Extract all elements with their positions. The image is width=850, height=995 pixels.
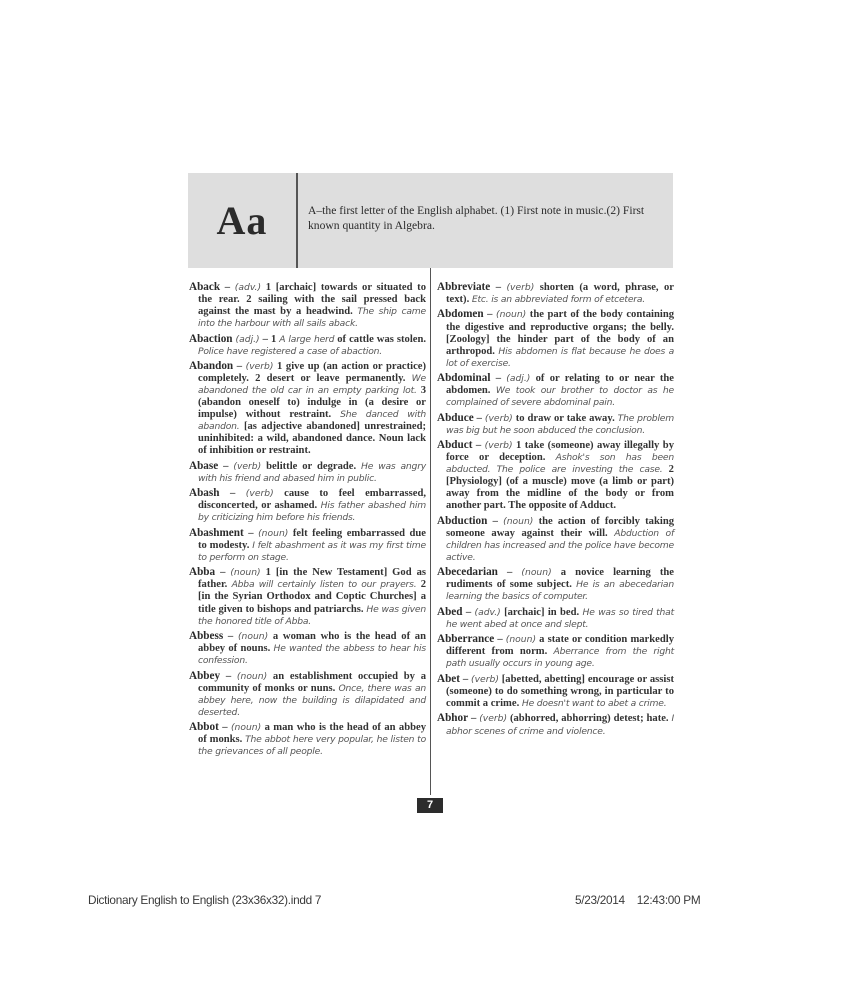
example-sentence: Police have registered a case of abactio…: [198, 346, 382, 357]
dictionary-entry: Abecedarian – (noun) a novice learning t…: [437, 566, 674, 603]
definition-text: – 1: [260, 334, 280, 345]
part-of-speech: (noun): [237, 671, 267, 682]
column-divider: [430, 268, 431, 795]
headword: Abbey: [189, 670, 220, 682]
dictionary-entry: Abhor – (verb) (abhorred, abhorring) det…: [437, 712, 674, 737]
definition-text: to draw or take away.: [513, 413, 618, 424]
part-of-speech: (noun): [230, 567, 260, 578]
dictionary-entry: Abbot – (noun) a man who is the head of …: [189, 721, 426, 758]
header-divider: [296, 173, 298, 268]
separator: –: [498, 567, 522, 578]
headword: Abbot: [189, 721, 219, 733]
part-of-speech: (verb): [506, 282, 534, 293]
dictionary-entry: Abed – (adv.) [archaic] in bed. He was s…: [437, 606, 674, 631]
part-of-speech: (noun): [231, 722, 261, 733]
part-of-speech: (noun): [503, 516, 533, 527]
dictionary-entry: Abash – (verb) cause to feel embarrassed…: [189, 487, 426, 524]
separator: –: [468, 713, 479, 724]
page-number: 7: [417, 798, 443, 813]
part-of-speech: (verb): [485, 413, 513, 424]
part-of-speech: (verb): [246, 361, 274, 372]
example-sentence: A large herd: [279, 334, 334, 345]
left-column: Aback – (adv.) 1 [archaic] towards or si…: [189, 281, 426, 761]
headword: Abase: [189, 460, 218, 472]
separator: –: [218, 461, 233, 472]
headword: Abduction: [437, 515, 487, 527]
dictionary-entry: Abduction – (noun) the action of forcibl…: [437, 515, 674, 564]
separator: –: [490, 373, 506, 384]
footer-time: 12:43:00 PM: [637, 893, 701, 907]
letter-description: A–the first letter of the English alphab…: [308, 203, 658, 233]
definition-text: [archaic] in bed.: [501, 607, 583, 618]
part-of-speech: (adj.): [506, 373, 530, 384]
separator: –: [244, 528, 258, 539]
dictionary-entry: Abet – (verb) [abetted, abetting] encour…: [437, 673, 674, 710]
part-of-speech: (verb): [485, 440, 513, 451]
definition-text: (abhorred, abhorring) detest; hate.: [507, 713, 671, 724]
headword: Abbess: [189, 630, 223, 642]
separator: –: [223, 631, 238, 642]
dictionary-entry: Aback – (adv.) 1 [archaic] towards or si…: [189, 281, 426, 330]
part-of-speech: (noun): [258, 528, 288, 539]
footer-timestamp: 5/23/201412:43:00 PM: [575, 893, 700, 907]
headword: Abash: [189, 487, 219, 499]
dictionary-entry: Abba – (noun) 1 [in the New Testament] G…: [189, 566, 426, 627]
example-sentence: Etc. is an abbreviated form of etcetera.: [472, 294, 645, 305]
headword: Abandon: [189, 360, 233, 372]
headword: Abashment: [189, 527, 244, 539]
part-of-speech: (verb): [233, 461, 261, 472]
dictionary-entry: Abduce – (verb) to draw or take away. Th…: [437, 412, 674, 437]
separator: –: [460, 674, 471, 685]
dictionary-entry: Abashment – (noun) felt feeling embarras…: [189, 527, 426, 564]
separator: –: [233, 361, 245, 372]
headword: Abaction: [189, 333, 233, 345]
dictionary-entry: Abaction (adj.) – 1 A large herd of catt…: [189, 333, 426, 358]
headword: Aback: [189, 281, 220, 293]
separator: –: [487, 516, 503, 527]
separator: –: [219, 488, 245, 499]
headword: Abdomen: [437, 308, 484, 320]
headword: Abecedarian: [437, 566, 498, 578]
dictionary-entry: Abase – (verb) belittle or degrade. He w…: [189, 460, 426, 485]
separator: –: [494, 634, 506, 645]
part-of-speech: (adj.): [236, 334, 260, 345]
dictionary-entry: Abbey – (noun) an establishment occupied…: [189, 670, 426, 719]
part-of-speech: (adv.): [235, 282, 261, 293]
dictionary-entry: Abbreviate – (verb) shorten (a word, phr…: [437, 281, 674, 306]
part-of-speech: (noun): [506, 634, 536, 645]
part-of-speech: (noun): [496, 309, 526, 320]
dictionary-entry: Abbess – (noun) a woman who is the head …: [189, 630, 426, 667]
separator: –: [215, 567, 230, 578]
headword: Abduce: [437, 412, 474, 424]
part-of-speech: (verb): [246, 488, 274, 499]
headword: Abet: [437, 673, 460, 685]
section-letter: Aa: [188, 173, 296, 268]
definition-text: of cattle was stolen.: [334, 334, 426, 345]
example-sentence: He doesn't want to abet a crime.: [522, 698, 667, 709]
separator: –: [219, 722, 231, 733]
headword: Abba: [189, 566, 215, 578]
dictionary-entry: Abberrance – (noun) a state or condition…: [437, 633, 674, 670]
part-of-speech: (verb): [479, 713, 507, 724]
separator: –: [484, 309, 496, 320]
dictionary-entry: Abdominal – (adj.) of or relating to or …: [437, 372, 674, 409]
separator: –: [220, 282, 235, 293]
definition-text: belittle or degrade.: [261, 461, 361, 472]
headword: Abduct: [437, 439, 472, 451]
dictionary-entry: Abandon – (verb) 1 give up (an action or…: [189, 360, 426, 457]
right-column: Abbreviate – (verb) shorten (a word, phr…: [437, 281, 674, 740]
separator: –: [474, 413, 485, 424]
part-of-speech: (adv.): [475, 607, 501, 618]
headword: Abdominal: [437, 372, 490, 384]
headword: Abed: [437, 606, 463, 618]
footer-date: 5/23/2014: [575, 893, 625, 907]
part-of-speech: (noun): [238, 631, 268, 642]
separator: –: [472, 440, 484, 451]
part-of-speech: (noun): [521, 567, 551, 578]
headword: Abhor: [437, 712, 468, 724]
separator: –: [463, 607, 475, 618]
headword: Abbreviate: [437, 281, 490, 293]
separator: –: [220, 671, 237, 682]
dictionary-entry: Abdomen – (noun) the part of the body co…: [437, 308, 674, 369]
example-sentence: Abba will certainly listen to our prayer…: [232, 579, 417, 590]
footer-file-name: Dictionary English to English (23x36x32)…: [88, 893, 321, 907]
separator: –: [490, 282, 506, 293]
letter-header-box: Aa A–the first letter of the English alp…: [188, 173, 673, 268]
headword: Abberrance: [437, 633, 494, 645]
part-of-speech: (verb): [471, 674, 499, 685]
dictionary-entry: Abduct – (verb) 1 take (someone) away il…: [437, 439, 674, 512]
